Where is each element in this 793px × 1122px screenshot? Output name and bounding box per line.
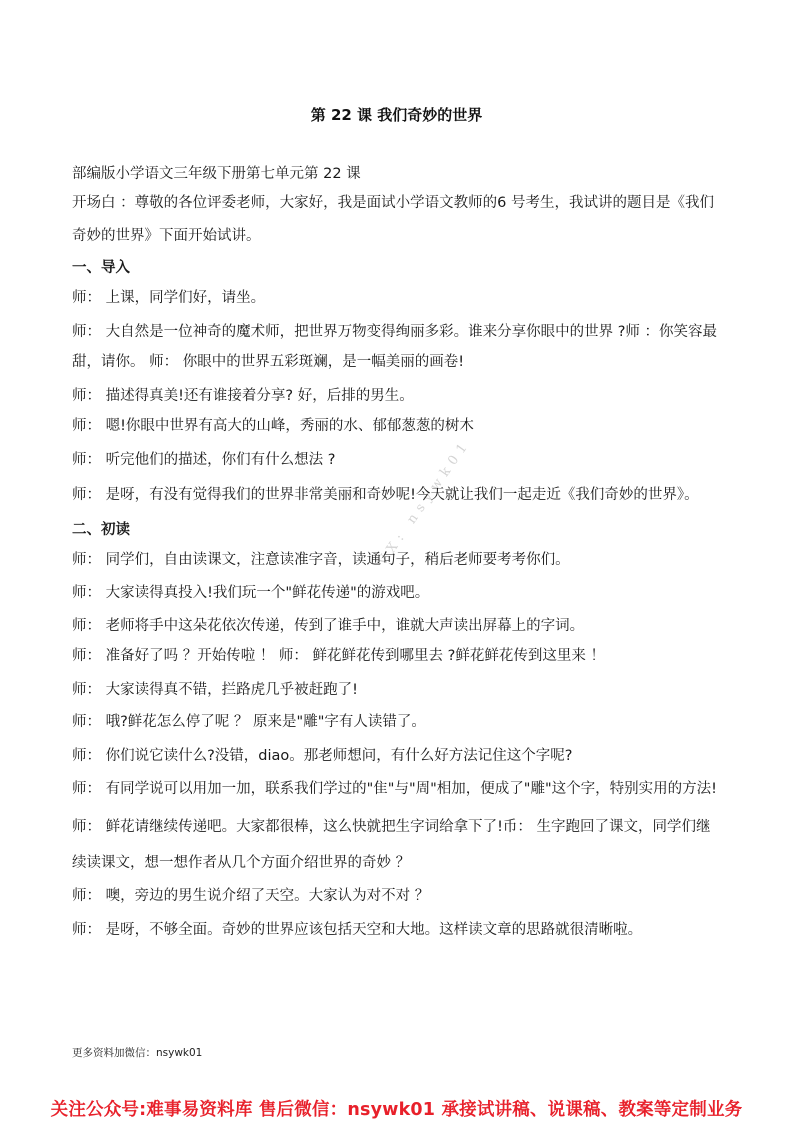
dialogue-line: 师： 大家读得真投入!我们玩一个"鲜花传递"的游戏吧。 <box>72 582 724 604</box>
dialogue-line: 师： 你们说它读什么?没错，diao。那老师想问，有什么好方法记住这个字呢? <box>72 745 724 767</box>
dialogue-line: 师： 同学们，自由读课文，注意读准字音，读通句子，稍后老师要考考你们。 <box>72 549 724 571</box>
document-body: 部编版小学语文三年级下册第七单元第 22 课 开场白 ：尊敬的各位评委老师，大家… <box>72 163 724 941</box>
footer-contact-note: 更多资料加微信：nsywk01 <box>72 1045 202 1060</box>
dialogue-line: 师： 是呀，有没有觉得我们的世界非常美丽和奇妙呢!今天就让我们一起走近《我们奇妙… <box>72 477 724 513</box>
section-heading-intro: 一、导入 <box>72 257 724 279</box>
dialogue-line: 师： 嗯!你眼中世界有高大的山峰，秀丽的水、郁郁葱葱的树木 <box>72 415 724 437</box>
dialogue-line: 师： 大家读得真不错，拦路虎几乎被赶跑了! <box>72 679 724 701</box>
dialogue-line: 师： 是呀，不够全面。奇妙的世界应该包括天空和大地。这样读文章的思路就很清晰啦。 <box>72 919 724 941</box>
dialogue-line: 师： 大自然是一位神奇的魔术师，把世界万物变得绚丽多彩。谁来分享你眼中的世界 ?… <box>72 317 724 377</box>
dialogue-line: 师： 有同学说可以用加一加，联系我们学过的"隹"与"周"相加，便成了"雕"这个字… <box>72 771 724 807</box>
subtitle: 部编版小学语文三年级下册第七单元第 22 课 <box>72 163 724 185</box>
promo-banner: 关注公众号:难事易资料库 售后微信：nsywk01 承接试讲稿、说课稿、教案等定… <box>0 1096 793 1121</box>
dialogue-line: 师： 哦?鲜花怎么停了呢 ？ 原来是"雕"字有人读错了。 <box>72 711 724 733</box>
dialogue-line: 师： 鲜花请继续传递吧。大家都很棒，这么快就把生字词给拿下了!币： 生字跑回了课… <box>72 809 724 881</box>
opening-remarks: 开场白 ：尊敬的各位评委老师，大家好，我是面试小学语文教师的6 号考生，我试讲的… <box>72 187 724 253</box>
section-heading-first-reading: 二、初读 <box>72 519 724 541</box>
dialogue-line: 师： 噢，旁边的男生说介绍了天空。大家认为对不对 ？ <box>72 885 724 907</box>
document-title: 第 22 课 我们奇妙的世界 <box>0 104 793 125</box>
dialogue-line: 师： 描述得真美!还有谁接着分享? 好，后排的男生。 <box>72 385 724 407</box>
dialogue-line: 师： 准备好了吗 ？开始传啦 ！ 师： 鲜花鲜花传到哪里去 ?鲜花鲜花传到这里来… <box>72 645 724 667</box>
dialogue-line: 师： 老师将手中这朵花依次传递，传到了谁手中，谁就大声读出屏幕上的字词。 <box>72 615 724 637</box>
dialogue-line: 师： 听完他们的描述，你们有什么想法 ? <box>72 449 724 471</box>
dialogue-line: 师： 上课，同学们好，请坐。 <box>72 287 724 309</box>
